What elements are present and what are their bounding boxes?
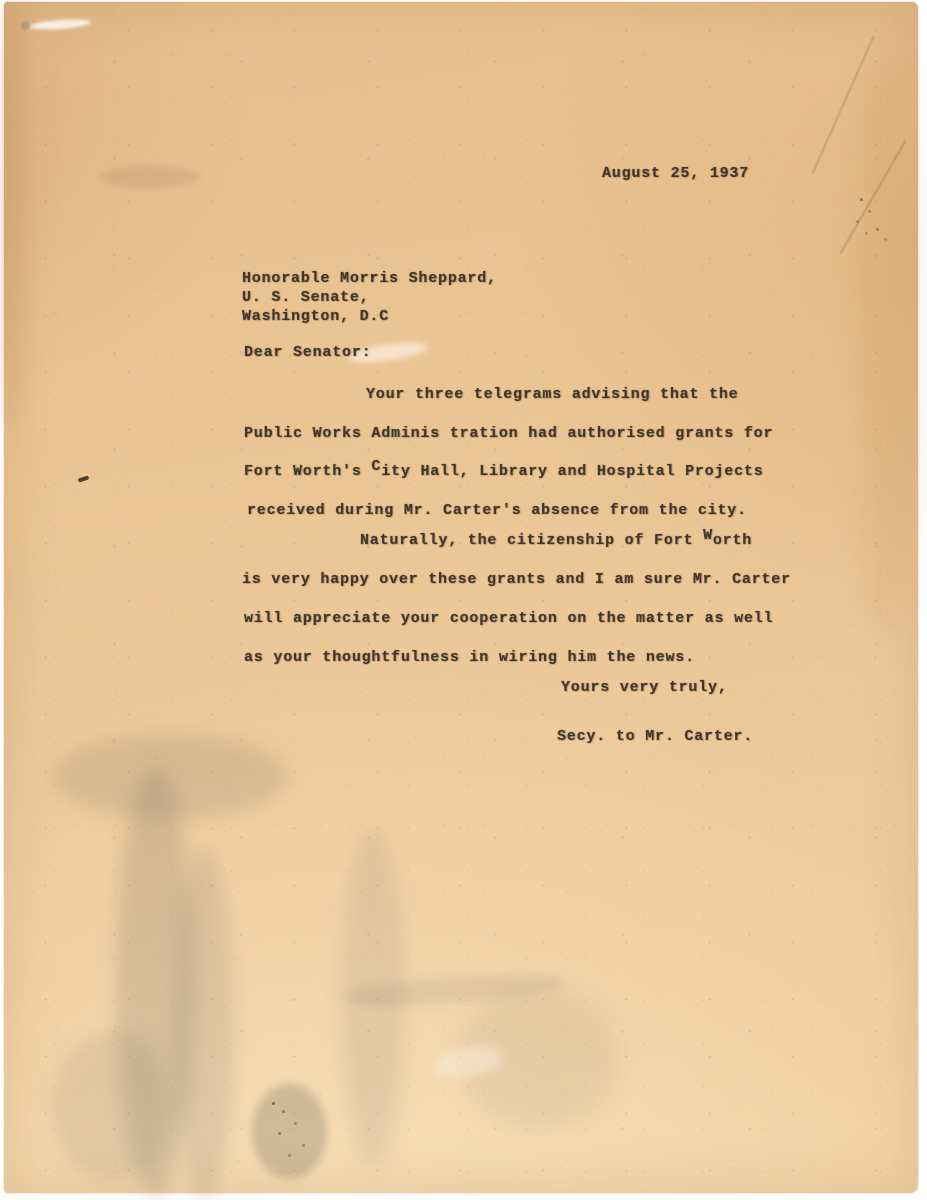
para1-line2: Public Works Adminis tration had authori… [244, 425, 773, 443]
para2-line3: will appreciate your cooperation on the … [244, 610, 773, 628]
scanned-letter-canvas: August 25, 1937 Honorable Morris Sheppar… [0, 0, 927, 1200]
para1-line3: Fort Worth's City Hall, Library and Hosp… [244, 463, 764, 481]
raised-letter-c: C [371, 458, 381, 475]
raised-letter-w: W [703, 527, 713, 544]
salutation: Dear Senator: [244, 344, 371, 362]
letter-date: August 25, 1937 [602, 165, 749, 183]
para2-line2: is very happy over these grants and I am… [242, 571, 791, 589]
letter-paper: August 25, 1937 Honorable Morris Sheppar… [4, 2, 918, 1193]
para1-line1: Your three telegrams advising that the [366, 386, 738, 404]
recipient-org: U. S. Senate, [242, 289, 369, 307]
recipient-city: Washington, D.C [242, 308, 389, 326]
signature: Secy. to Mr. Carter. [557, 728, 753, 746]
para1-line4: received during Mr. Carter's absence fro… [247, 502, 747, 520]
para2-line4: as your thoughtfulness in wiring him the… [244, 649, 695, 667]
paper-grain-texture [4, 2, 918, 1193]
para2-line1: Naturally, the citizenship of Fort Worth [360, 532, 752, 550]
closing: Yours very truly, [561, 679, 728, 697]
recipient-name: Honorable Morris Sheppard, [242, 270, 497, 288]
